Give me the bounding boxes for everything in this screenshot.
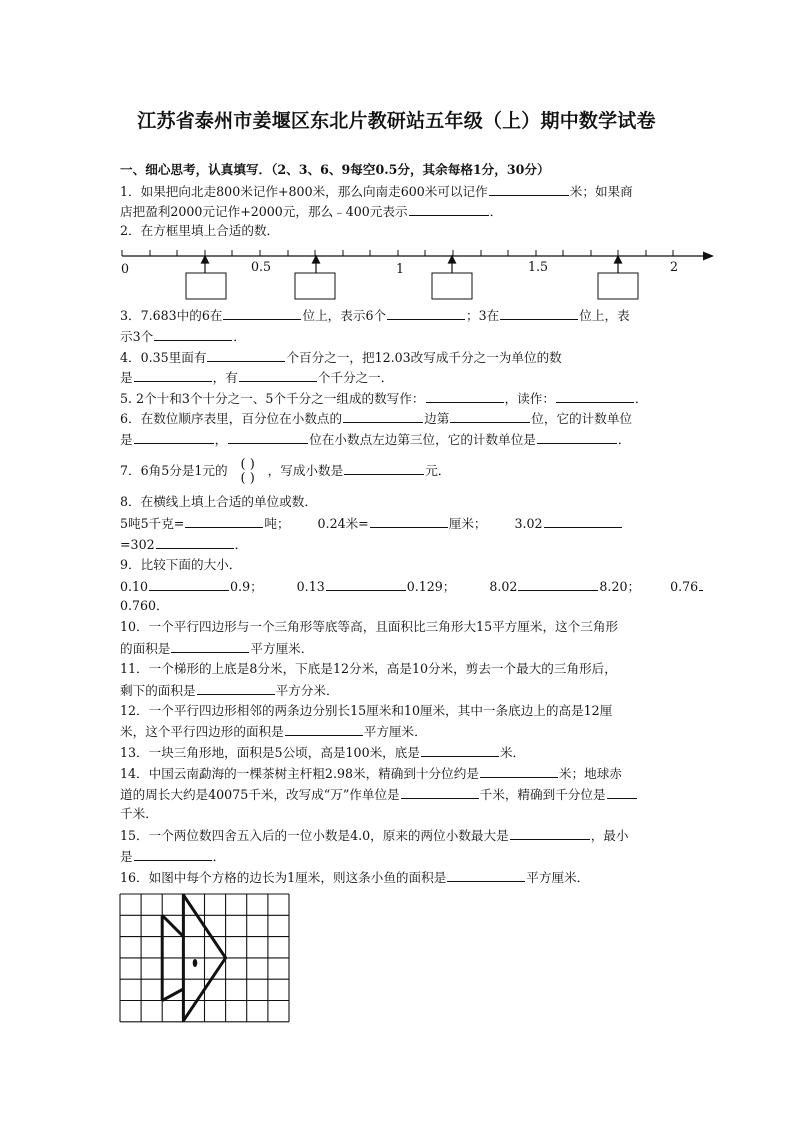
question-1-line-1: 1．如果把向北走800米记作+800米，那么向南走600米可以记作米；如果商 xyxy=(120,183,633,200)
question-8: 8．在横线上填上合适的单位或数． xyxy=(120,494,317,510)
answer-blank[interactable] xyxy=(134,848,212,861)
question-15-line-1: 15．一个两位数四舍五入后的一位小数是4.0，原来的两位小数最大是，最小 xyxy=(120,827,628,844)
answer-blank[interactable] xyxy=(223,307,301,320)
answer-blank[interactable] xyxy=(154,328,232,341)
tick-label-0-5: 0.5 xyxy=(251,259,271,275)
section-heading: 一、细心思考，认真填写．（2、3、6、9每空0.5分，其余每格1分，30分） xyxy=(120,162,550,178)
answer-blank[interactable] xyxy=(156,536,234,549)
answer-blank[interactable] xyxy=(171,640,249,653)
answer-blank[interactable] xyxy=(699,578,703,591)
question-14-line-2: 道的周长大约是40075千米，改写成“万”作单位是千米，精确到千分位是 xyxy=(120,786,638,803)
answer-blank[interactable] xyxy=(343,410,423,423)
question-11-line-1: 11．一个梯形的上底是8分米，下底是12分米，高是10分米，剪去一个最大的三角形… xyxy=(120,661,617,677)
question-9-line-1: 0.100.9；0.130.129；8.028.20；0.76 xyxy=(120,578,704,595)
answer-blank[interactable] xyxy=(401,786,479,799)
tick-label-2: 2 xyxy=(670,259,678,275)
tick-label-0: 0 xyxy=(121,261,129,277)
question-11-line-2: 剩下的面积是平方分米． xyxy=(120,682,339,699)
answer-blank[interactable] xyxy=(149,578,229,591)
answer-blank[interactable] xyxy=(500,307,578,320)
fish-eye-icon xyxy=(193,959,198,967)
question-10-line-2: 的面积是平方厘米． xyxy=(120,640,313,657)
answer-blank[interactable] xyxy=(185,515,263,528)
answer-blank[interactable] xyxy=(447,869,525,882)
question-9-line-2: 0.760． xyxy=(120,598,169,614)
answer-blank[interactable] xyxy=(344,462,424,475)
answer-blank[interactable] xyxy=(387,307,465,320)
question-1-line-2: 店把盈利2000元记作+2000元，那么﹣400元表示． xyxy=(120,203,502,220)
answer-blank[interactable] xyxy=(409,203,489,216)
question-3-line-1: 3．7.683中的6在位上，表示6个；3在位上，表 xyxy=(120,307,630,324)
answer-blank[interactable] xyxy=(426,390,504,403)
question-6-line-1: 6．在数位顺序表里，百分位在小数点的边第位，它的计数单位 xyxy=(120,410,632,427)
answer-blank[interactable] xyxy=(197,682,275,695)
answer-blank[interactable] xyxy=(556,390,634,403)
tick-label-1: 1 xyxy=(396,261,404,277)
question-6-line-2: 是，位在小数点左边第三位，它的计数单位是． xyxy=(120,431,630,448)
answer-blank[interactable] xyxy=(239,369,317,382)
question-12-line-1: 12．一个平行四边形相邻的两条边分别长15厘米和10厘米，其中一条底边上的高是1… xyxy=(120,703,612,719)
answer-box[interactable] xyxy=(432,273,472,299)
answer-blank[interactable] xyxy=(480,765,558,778)
answer-blank[interactable] xyxy=(134,431,214,444)
question-8-line-2: =302． xyxy=(120,536,247,553)
answer-box[interactable] xyxy=(295,273,335,299)
answer-blank[interactable] xyxy=(518,578,598,591)
number-line xyxy=(112,244,732,306)
answer-blank[interactable] xyxy=(544,515,622,528)
answer-blank[interactable] xyxy=(207,349,285,362)
answer-box[interactable] xyxy=(598,273,638,299)
question-8-line-1: 5吨5千克=吨；0.24米=厘米；3.02 xyxy=(120,515,623,532)
answer-blank[interactable] xyxy=(607,786,637,799)
question-2: 2．在方框里填上合适的数． xyxy=(120,223,279,239)
fish-grid-figure xyxy=(119,893,291,1025)
answer-blank[interactable] xyxy=(510,827,590,840)
question-14-line-3: 千米． xyxy=(120,806,158,822)
question-3-line-2: 示3个． xyxy=(120,328,246,345)
answer-blank[interactable] xyxy=(489,183,569,196)
question-15-line-2: 是． xyxy=(120,848,225,865)
question-7: 7．6角5分是1元的( )( )，写成小数是元． xyxy=(120,456,450,486)
question-4-line-1: 4．0.35里面有个百分之一，把12.03改写成千分之一为单位的数 xyxy=(120,349,562,366)
tick-label-1-5: 1.5 xyxy=(528,259,548,275)
answer-blank[interactable] xyxy=(450,410,530,423)
exam-title: 江苏省泰州市姜堰区东北片教研站五年级（上）期中数学试卷 xyxy=(0,106,793,133)
answer-blank[interactable] xyxy=(228,431,308,444)
answer-blank[interactable] xyxy=(285,723,363,736)
question-12-line-2: 米，这个平行四边形的面积是平方厘米． xyxy=(120,723,427,740)
answer-blank[interactable] xyxy=(370,515,448,528)
question-5: 5. 2个十和3个十分之一、5个千分之一组成的数写作：，读作：． xyxy=(120,390,648,407)
question-10-line-1: 10．一个平行四边形与一个三角形等底等高，且面积比三角形大15平方厘米，这个三角… xyxy=(120,619,618,635)
question-9: 9．比较下面的大小． xyxy=(120,557,241,573)
question-13: 13．一块三角形地，面积是5公顷，高是100米，底是米． xyxy=(120,744,525,761)
question-16: 16．如图中每个方格的边长为1厘米，则这条小鱼的面积是平方厘米． xyxy=(120,869,589,886)
question-14-line-1: 14．中国云南勐海的一棵茶树主杆粗2.98米，精确到十分位约是米；地球赤 xyxy=(120,765,622,782)
question-4-line-2: 是，有个千分之一． xyxy=(120,369,393,386)
answer-blank[interactable] xyxy=(421,744,499,757)
answer-box[interactable] xyxy=(186,273,226,299)
answer-blank[interactable] xyxy=(134,369,212,382)
answer-blank[interactable] xyxy=(537,431,617,444)
fraction-blank[interactable]: ( )( ) xyxy=(228,458,268,486)
answer-blank[interactable] xyxy=(326,578,406,591)
